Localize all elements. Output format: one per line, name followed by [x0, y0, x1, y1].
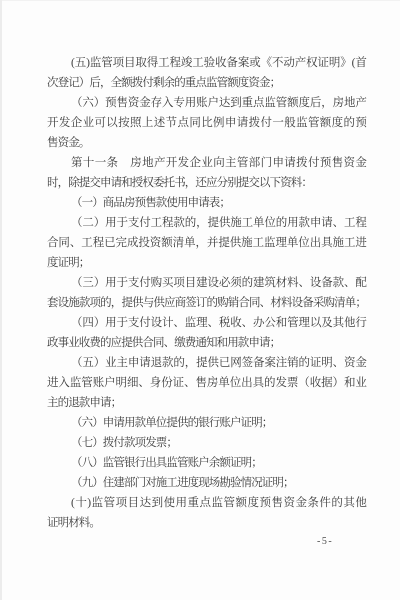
text-line: （五）业主申请退款的，提供已网签备案注销的证明、资金	[47, 353, 366, 373]
text-line: 证明材料。	[47, 513, 366, 533]
text-line: （二）用于支付工程款的，提供施工单位的用款申请、工程	[47, 213, 366, 233]
text-line: 主的退款申请；	[47, 393, 366, 413]
text-line: 套设施款项的，提供与供应商签订的购销合同、材料设备采购清单；	[47, 293, 366, 313]
text-line: （七）拨付款项发票；	[47, 433, 366, 453]
text-line: (十)监管项目达到使用重点监管额度预售资金条件的其他	[47, 493, 366, 513]
text-line: （八）监管银行出具监管账户余额证明；	[47, 453, 366, 473]
text-line: 政事业收费的应提供合同、缴费通知和用款申请；	[47, 333, 366, 353]
text-line: （六）申请用款单位提供的银行账户证明；	[47, 413, 366, 433]
text-line: （三）用于支付购买项目建设必须的建筑材料、设备款、配	[47, 273, 366, 293]
text-line: 开发企业可以按照上述节点同比例申请拨付一般监管额度的预	[47, 113, 366, 133]
text-line: （一）商品房预售款使用申请表；	[47, 193, 366, 213]
page-number: -5-	[317, 536, 333, 547]
text-line: 进入监管账户明细、身份证、售房单位出具的发票（收据）和业	[47, 373, 366, 393]
text-line: 度证明；	[47, 253, 366, 273]
text-line: 次登记）后，全额拨付剩余的重点监管额度资金；	[47, 73, 366, 93]
document-page: (五)监管项目取得工程竣工验收备案或《不动产权证明》(首次登记）后，全额拨付剩余…	[0, 0, 400, 600]
text-line: 时，除提交申请和授权委托书，还应分别提交以下资料：	[47, 173, 366, 193]
text-line: 第十一条 房地产开发企业向主管部门申请拨付预售资金	[47, 153, 366, 173]
text-line: （六）预售资金存入专用账户达到重点监管额度后，房地产	[47, 93, 366, 113]
text-line: 售资金。	[47, 133, 366, 153]
text-line: 合同、工程已完成投资额清单，并提供施工监理单位出具施工进	[47, 233, 366, 253]
document-body: (五)监管项目取得工程竣工验收备案或《不动产权证明》(首次登记）后，全额拨付剩余…	[47, 53, 366, 533]
text-line: (五)监管项目取得工程竣工验收备案或《不动产权证明》(首	[47, 53, 366, 73]
text-line: （四）用于支付设计、监理、税收、办公和管理以及其他行	[47, 313, 366, 333]
text-line: （九）住建部门对施工进度现场勘验情况证明；	[47, 473, 366, 493]
